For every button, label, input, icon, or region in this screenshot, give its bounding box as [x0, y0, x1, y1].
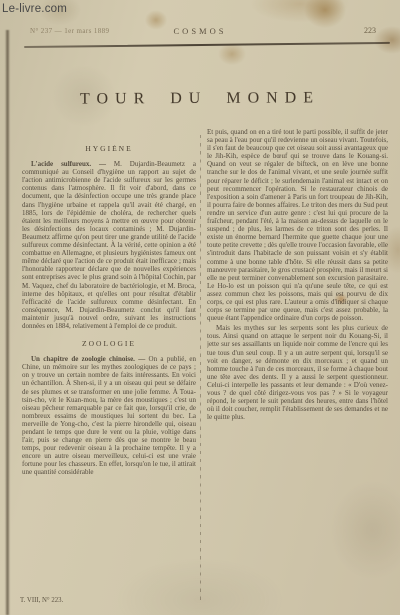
- section-heading-zoologie: ZOOLOGIE: [22, 340, 196, 348]
- paragraph-body: M. Dujardin-Beaumetz a communiqué au Con…: [22, 160, 196, 330]
- page-header: N° 237 — 1er mars 1889 COSMOS 223: [0, 27, 400, 39]
- paragraph-serpents: Mais les mythes sur les serpents sont le…: [207, 324, 388, 421]
- journal-title: COSMOS: [0, 26, 400, 36]
- column-divider-rule: [200, 135, 201, 600]
- paragraph-lead-in: L'acide sulfureux. —: [31, 160, 114, 168]
- watermark-text: Le-livre.com: [2, 3, 67, 15]
- paragraph-hygiene: L'acide sulfureux. — M. Dujardin-Beaumet…: [22, 160, 196, 330]
- paragraph-body: On a publié, en Chine, un mémoire sur le…: [22, 355, 196, 476]
- paragraph-zoologie: Un chapitre de zoologie chinoise. — On a…: [22, 355, 196, 476]
- book-binding-shadow: [5, 30, 10, 615]
- scanned-journal-page: Le-livre.com N° 237 — 1er mars 1889 COSM…: [0, 0, 400, 615]
- paragraph-lead-in: Un chapitre de zoologie chinoise. —: [31, 355, 149, 363]
- article-title: TOUR DU MONDE: [0, 89, 400, 109]
- signature-mark: T. VIII, N° 223.: [20, 597, 63, 604]
- page-number: 223: [364, 26, 376, 35]
- section-heading-hygiene: HYGIÈNE: [22, 145, 196, 153]
- header-rule: [24, 42, 390, 48]
- right-column: Et puis, quand on en a tiré tout le part…: [207, 128, 388, 611]
- left-column: HYGIÈNE L'acide sulfureux. — M. Dujardin…: [22, 145, 196, 595]
- paragraph-continuation: Et puis, quand on en a tiré tout le part…: [207, 128, 388, 322]
